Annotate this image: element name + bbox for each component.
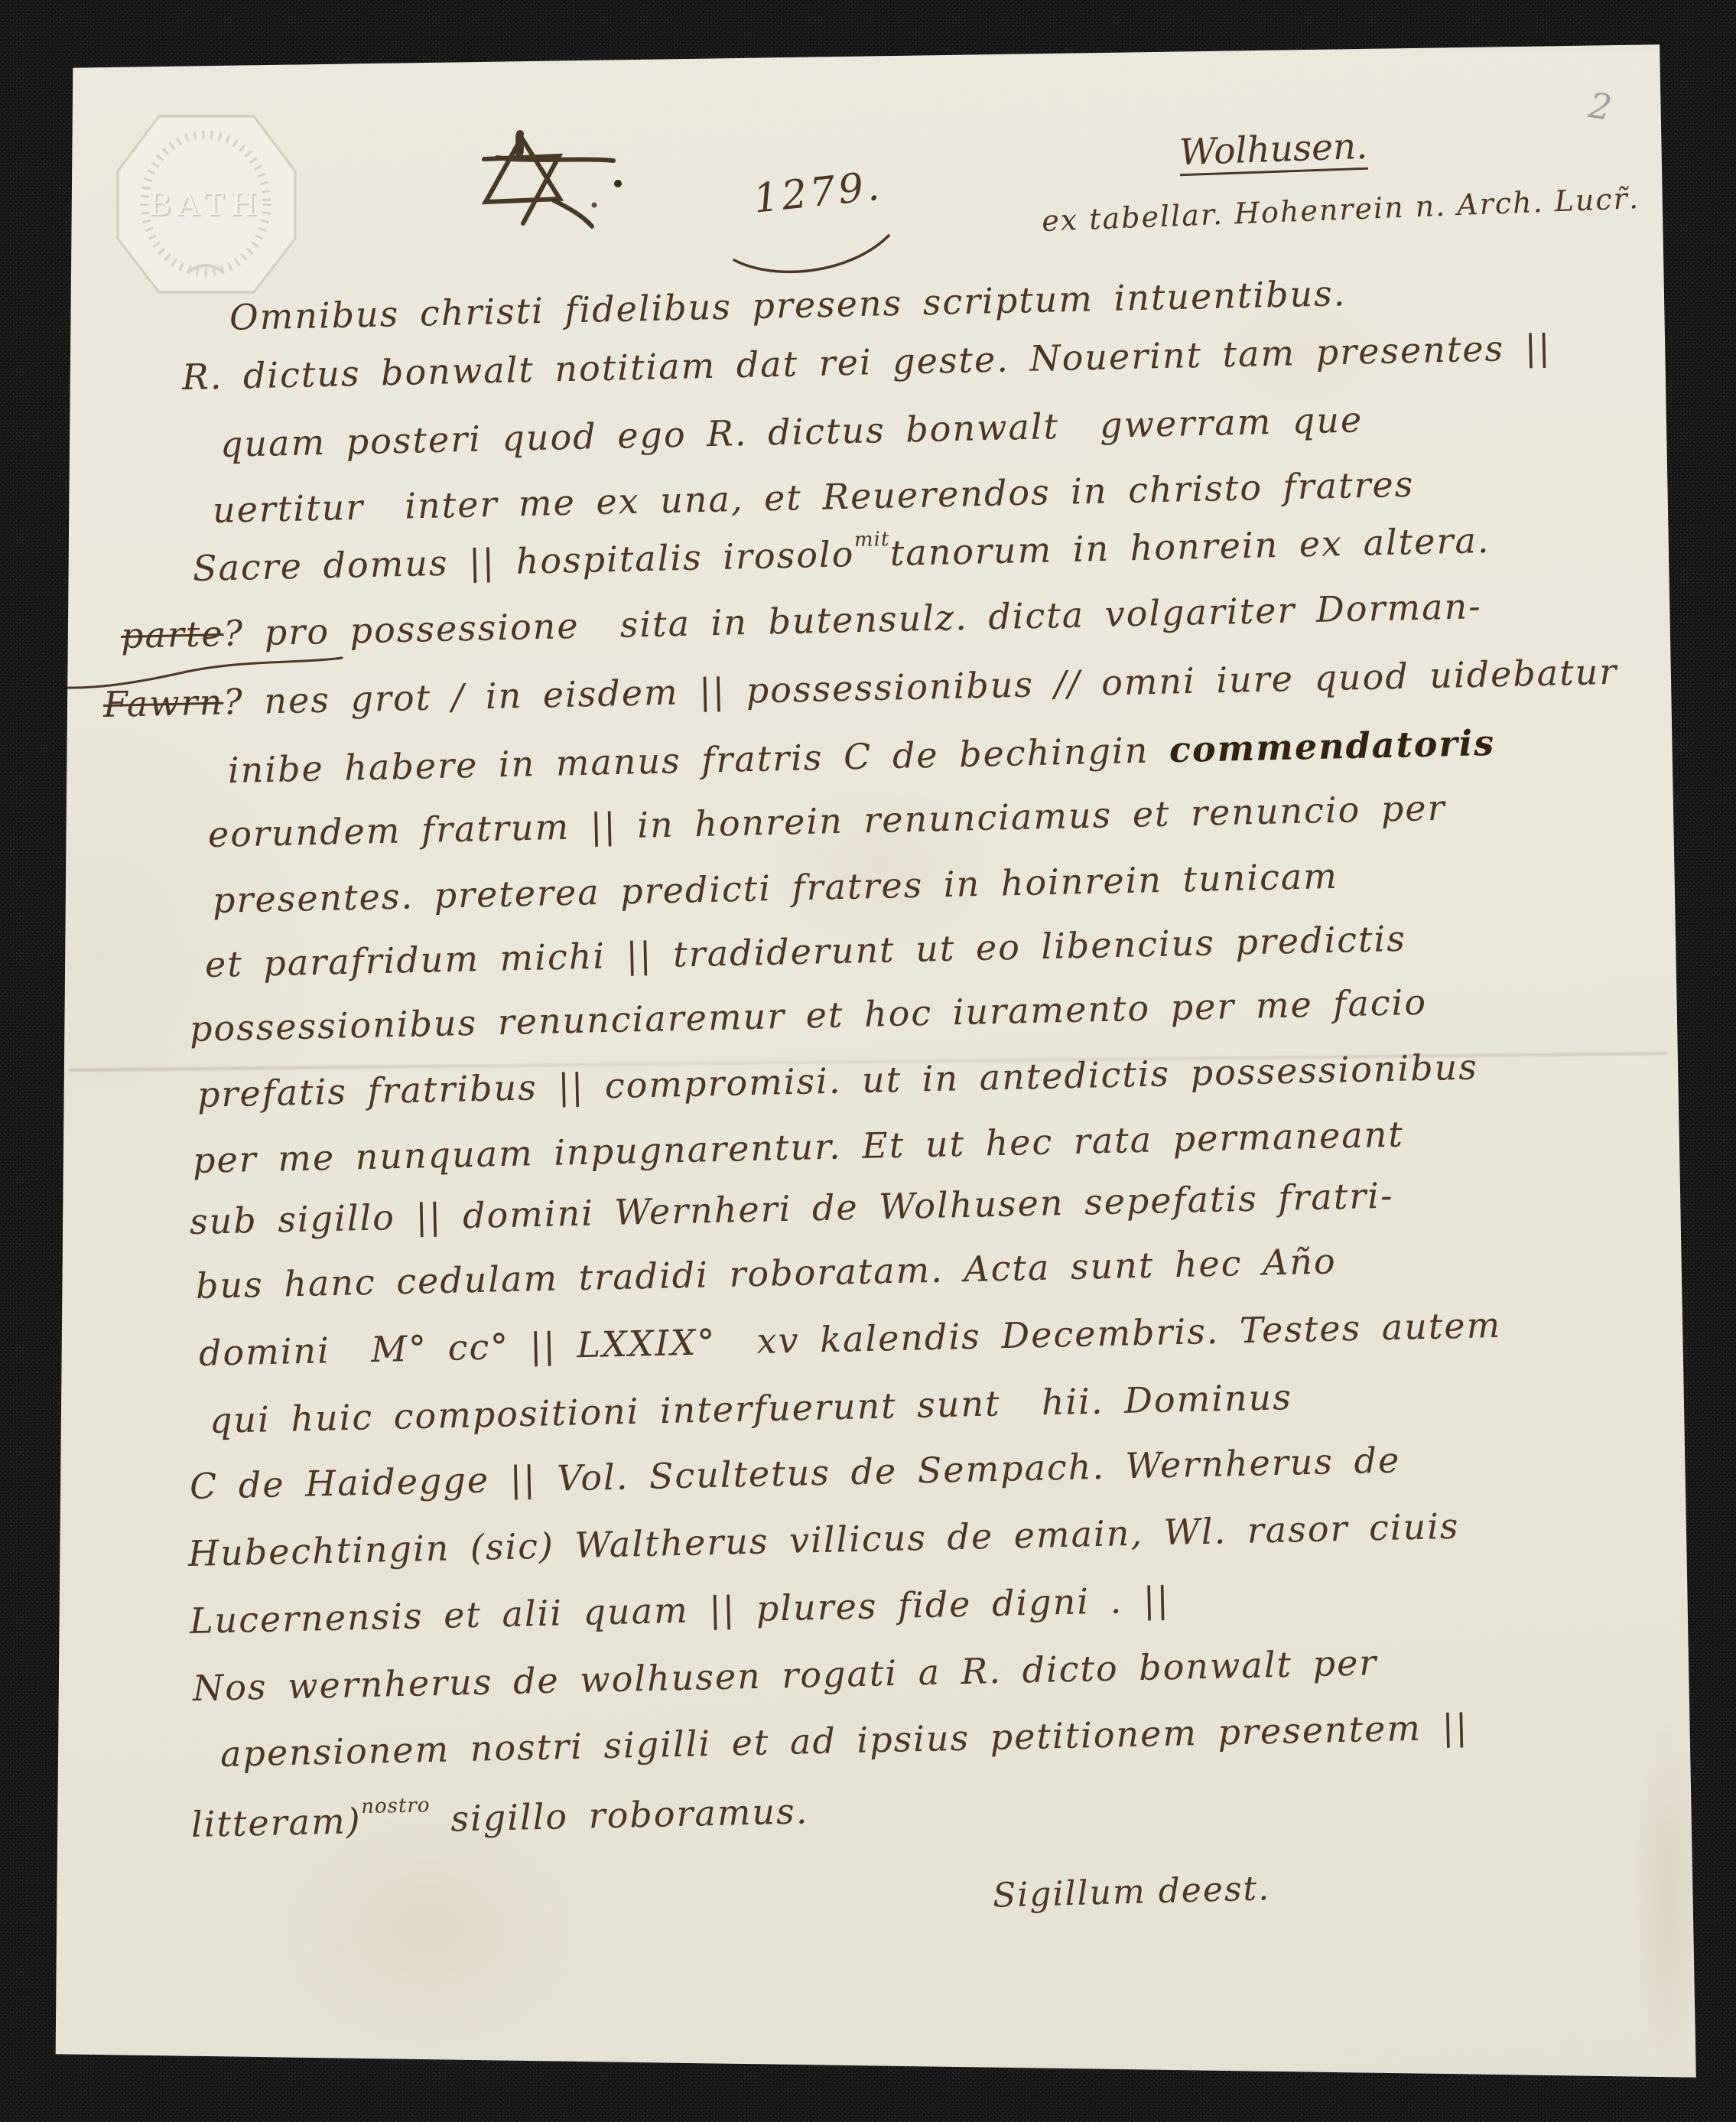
manuscript-line: sub sigillo || domini Wernheri de Wolhus… xyxy=(189,1178,1393,1239)
manuscript-line: litteram)nostro sigillo roboramus. xyxy=(190,1793,808,1842)
source-heading: ex tabellar. Hohenrein n. Arch. Lucr̃. xyxy=(1041,181,1640,238)
pencil-page-number: 2 xyxy=(1586,84,1614,129)
embossed-stamp: BATH BATH xyxy=(112,110,300,300)
manuscript-line: R. dictus bonwalt notitiam dat rei geste… xyxy=(181,330,1552,395)
line-text: tanorum in honrein ex altera. xyxy=(889,519,1491,574)
manuscript-line: apensionem nostri sigilli et ad ipsius p… xyxy=(219,1709,1468,1772)
manuscript-line: presentes. preterea predicti fratres in … xyxy=(212,858,1338,918)
superscript-insertion: mit xyxy=(854,528,890,552)
ink-dot xyxy=(592,203,597,208)
line-text: sigillo roboramus. xyxy=(430,1790,809,1840)
manuscript-line: possessionibus renunciaremur et hoc iura… xyxy=(189,985,1427,1046)
line-text: Sacre domus || hospitalis irosolo xyxy=(192,533,855,589)
line-text: litteram) xyxy=(190,1800,362,1845)
manuscript-line: domini M° cc° || LXXIX° xv kalendis Dece… xyxy=(198,1307,1501,1371)
manuscript-line: parte? pro possessione sita in butensulz… xyxy=(120,588,1482,653)
manuscript-line: qui huic compositioni interfuerunt sunt … xyxy=(209,1379,1292,1438)
manuscript-line: bus hanc cedulam tradidi roboratam. Acta… xyxy=(195,1243,1337,1303)
manuscript-line: per me nunquam inpugnarentur. Et ut hec … xyxy=(192,1116,1404,1178)
superscript-insertion: nostro xyxy=(361,1794,431,1818)
manuscript-line: eorundem fratrum || in honrein renunciam… xyxy=(207,790,1446,852)
manuscript-line: Lucernensis et alii quam || plures fide … xyxy=(189,1582,1170,1639)
manuscript-line: Omnibus christi fidelibus presens script… xyxy=(229,275,1346,335)
line-text: ? nes grot / in eisdem || possessionibus… xyxy=(223,651,1618,723)
manuscript-line: uertitur inter me ex una, et Reuerendos … xyxy=(212,467,1414,528)
year-flourish xyxy=(728,229,904,287)
line-text: inibe habere in manus fratris C de bechi… xyxy=(227,729,1169,791)
photo-backdrop: BATH BATH 2 1279. xyxy=(0,0,1736,2122)
manuscript-line: Sacre domus || hospitalis irosolomittano… xyxy=(192,522,1490,586)
ink-dot xyxy=(614,180,622,187)
manuscript-line: et parafridum michi || tradiderunt ut eo… xyxy=(204,921,1406,982)
manuscript-line: inibe habere in manus fratris C de bechi… xyxy=(227,725,1495,788)
star-of-david-doodle-icon xyxy=(474,130,639,244)
line-text: ? pro possessione sita in butensulz. dic… xyxy=(223,585,1482,654)
year-heading: 1279. xyxy=(751,163,884,222)
title-heading: Wolhusen. xyxy=(1178,125,1368,174)
closing-note: Sigillum deest. xyxy=(992,1869,1270,1915)
manuscript-line: Hubechtingin (sic) Waltherus villicus de… xyxy=(187,1509,1459,1571)
bath-stamp-text: BATH xyxy=(148,187,263,223)
strikethrough-word: Fawrn xyxy=(102,682,223,725)
manuscript-line: quam posteri quod ego R. dictus bonwalt … xyxy=(219,402,1363,462)
manuscript-page: BATH BATH 2 1279. xyxy=(0,0,1736,2122)
emphasized-word: commendatoris xyxy=(1169,722,1495,770)
stamp-graphic: BATH BATH xyxy=(112,110,300,297)
manuscript-line: C de Haidegge || Vol. Scultetus de Sempa… xyxy=(189,1442,1400,1504)
manuscript-line: Nos wernherus de wolhusen rogati a R. di… xyxy=(192,1645,1377,1706)
